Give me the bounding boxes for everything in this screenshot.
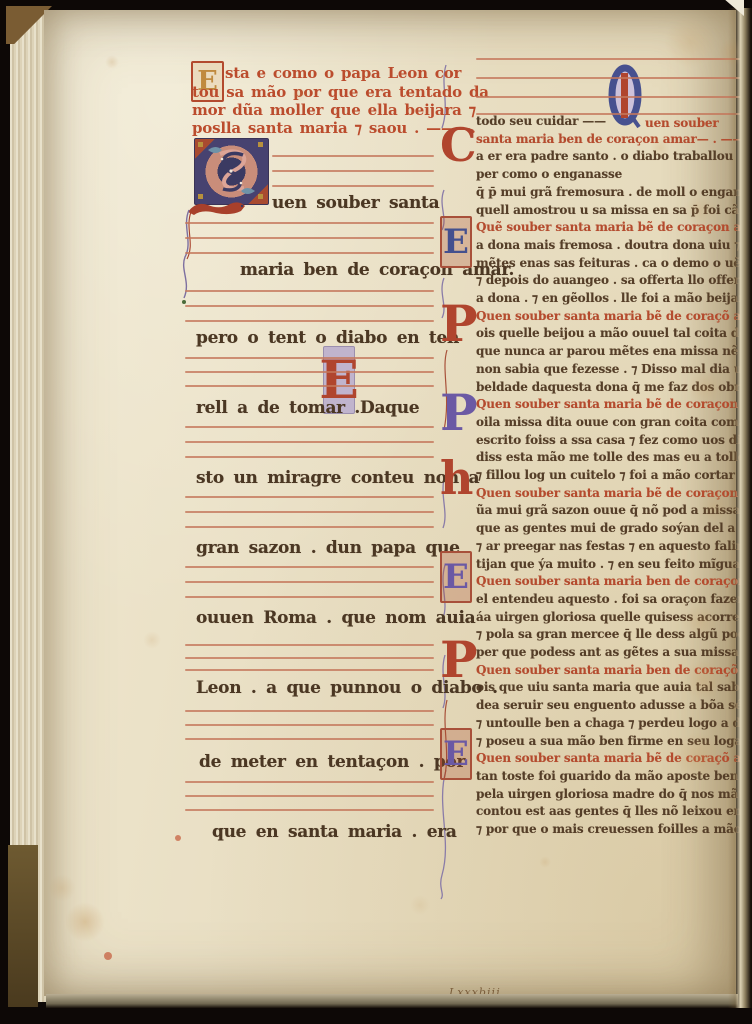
parchment-stain <box>65 902 105 942</box>
margin-initial-h: h <box>440 460 473 498</box>
parchment-stain <box>650 138 670 158</box>
staff-line <box>185 809 434 811</box>
staff-line <box>185 511 434 513</box>
refrain-line: santa maria ben de coraçon amar— . —— <box>476 132 744 146</box>
parchment-stain <box>410 895 430 915</box>
rubric-line: sta e como o papa Leon cor <box>225 64 461 82</box>
verse-line: sto un miragre conteu non a <box>196 468 479 488</box>
stanza-line: tijan que ýa muito . ⁊ en seu feito mĩgu… <box>476 557 746 571</box>
staff-line <box>476 58 752 60</box>
staff-line <box>185 710 434 712</box>
staff-line <box>185 357 434 359</box>
stanza-line: ⁊ depois do auangeo . sa offerta llo off… <box>476 273 752 287</box>
page-bottom-edge <box>46 994 738 1008</box>
staff-line <box>185 526 434 528</box>
staff-line <box>185 237 434 239</box>
staff-line <box>185 320 434 322</box>
refrain-line: Quen souber santa maria bẽ de coraçõ ama… <box>476 309 752 323</box>
stanza-line: per como o enganasse <box>476 167 622 181</box>
ink-spot <box>104 952 112 960</box>
stanza-line: ⁊ ar preegar nas festas ⁊ en aquesto fal… <box>476 539 742 553</box>
margin-initial-P: P <box>440 639 478 680</box>
stanza-line: mẽtes enas sas feituras . ca o demo o uẽ… <box>476 256 752 270</box>
margin-initial-E: E <box>440 216 472 268</box>
margin-initial-E: E <box>440 551 472 603</box>
verse-line: que en santa maria . era <box>212 822 457 842</box>
staff-line <box>185 441 434 443</box>
staff-line <box>185 738 434 740</box>
staff-line <box>476 96 752 98</box>
stanza-line: ⁊ fillou log un cuitelo ⁊ foi a mão cort… <box>476 468 743 482</box>
refrain-line: Quen souber santa maria ben de coraçon a… <box>476 574 752 588</box>
verse-line: pero o tent o diabo en ten <box>196 328 459 348</box>
staff-line <box>185 795 434 797</box>
parchment-stain <box>683 660 723 700</box>
staff-line <box>185 781 434 783</box>
verse-line: de meter en tentaçon . por <box>199 752 465 772</box>
verse-line: gran sazon . dun papa que <box>196 538 460 558</box>
staff-line <box>185 724 434 726</box>
manuscript-photo: E E todo seu cuidar —— <box>0 0 752 1024</box>
ink-spot <box>175 835 181 841</box>
parchment-stain <box>674 732 722 780</box>
page-fold-edge <box>728 8 752 1008</box>
refrain-line: Quẽ souber santa maria bẽ de coraçon ama… <box>476 220 752 234</box>
margin-initial-E: E <box>440 728 472 780</box>
stanza-line: pela uirgen gloriosa madre do q̄ nos mãt… <box>476 787 752 801</box>
stanza-line: diss esta mão me tolle des mas eu a toll… <box>476 450 752 464</box>
stanza-line: dea seruir seu enguento adusse a bõa sén… <box>476 698 752 712</box>
refrain-line-start: uen souber <box>645 116 719 130</box>
staff-line <box>185 581 434 583</box>
staff-line <box>476 113 752 115</box>
staff-line <box>272 185 434 187</box>
stanza-line: contou est aas gentes q̄ lles nõ leixou … <box>476 804 752 818</box>
staff-line <box>185 252 434 254</box>
staff-line <box>185 644 434 646</box>
parchment-stain <box>48 874 76 902</box>
parchment-stain <box>682 604 718 640</box>
stanza-line: que nunca ar parou mẽtes ena missa nẽ de… <box>476 344 752 358</box>
book-cover-edge <box>8 845 38 1007</box>
parchment-stain <box>292 87 308 103</box>
stanza-line: per que podess ant as gẽtes a sua missa … <box>476 645 752 659</box>
stanza-line: ois quelle beijou a mão ouuel tal coita … <box>476 326 752 340</box>
stanza-line: a dona mais fremosa . doutra dona uiu ⁊ … <box>476 238 752 252</box>
margin-initial-C: C <box>440 127 477 165</box>
parchment-stain <box>688 370 724 406</box>
verse-line: rell a de tomar . <box>196 398 360 418</box>
staff-line <box>185 496 434 498</box>
stanza-line: a dona . ⁊ en gẽollos . lle foi a mão be… <box>476 291 752 305</box>
margin-initial-P: P <box>440 392 478 433</box>
parchment-stain <box>664 16 716 68</box>
stanza-line: oila missa dita ouue con gran coita coma… <box>476 415 752 429</box>
staff-line <box>185 669 434 671</box>
verse-line: maria ben de coraçon amar. <box>240 260 514 280</box>
rubric-line: mor dũa moller que ella beijara ⁊ <box>192 101 476 119</box>
rubric-line: poslla santa maria ⁊ saou . ———. <box>192 119 476 137</box>
staff-line <box>272 155 434 157</box>
staff-line <box>476 77 752 79</box>
verse-line: uen souber santa <box>272 193 439 213</box>
staff-line <box>185 305 434 307</box>
initial-knotwork <box>195 139 268 204</box>
staff-line <box>185 371 434 373</box>
verse-line-continuation: Daque <box>360 398 419 418</box>
staff-line <box>185 456 434 458</box>
parchment-stain <box>684 194 716 226</box>
initial-tail-flourish <box>178 210 198 310</box>
parchment-stain <box>539 856 551 868</box>
parchment-stain <box>105 55 119 69</box>
verse-line: ouuen Roma . que nom auia <box>196 608 475 628</box>
staff-line <box>185 566 434 568</box>
staff-line <box>185 290 434 292</box>
stanza-line: ⁊ por que o mais creuessen foilles a mão… <box>476 822 752 836</box>
stanza-line: escrito foiss a ssa casa ⁊ fez como uos … <box>476 433 752 447</box>
stanza-line: ⁊ untoulle ben a chaga ⁊ perdeu logo a d… <box>476 716 752 730</box>
margin-initial-P: P <box>440 303 478 344</box>
parchment-stain <box>143 631 161 649</box>
parchment-stain <box>698 490 730 522</box>
staff-line <box>185 385 434 387</box>
stanza-line: q̄ p̄ mui grã fremosura . de moll o enga… <box>476 185 752 199</box>
staff-line <box>272 170 434 172</box>
illuminated-initial-Q <box>194 138 269 205</box>
stanza-line: que as gentes mui de grado soýan del a o… <box>476 521 752 535</box>
staff-line <box>185 596 434 598</box>
page: E E todo seu cuidar —— <box>44 10 736 996</box>
stanza-line: todo seu cuidar —— <box>476 114 606 128</box>
staff-line <box>185 657 434 659</box>
stanza-line: el entendeu aquesto . foi sa oraçon faze… <box>476 592 752 606</box>
rubric-line: tou sa mão por que era tentado da <box>192 83 489 101</box>
stanza-line: a er era padre santo . o diabo traballou <box>476 149 733 163</box>
staff-line <box>185 426 434 428</box>
staff-line <box>185 222 434 224</box>
